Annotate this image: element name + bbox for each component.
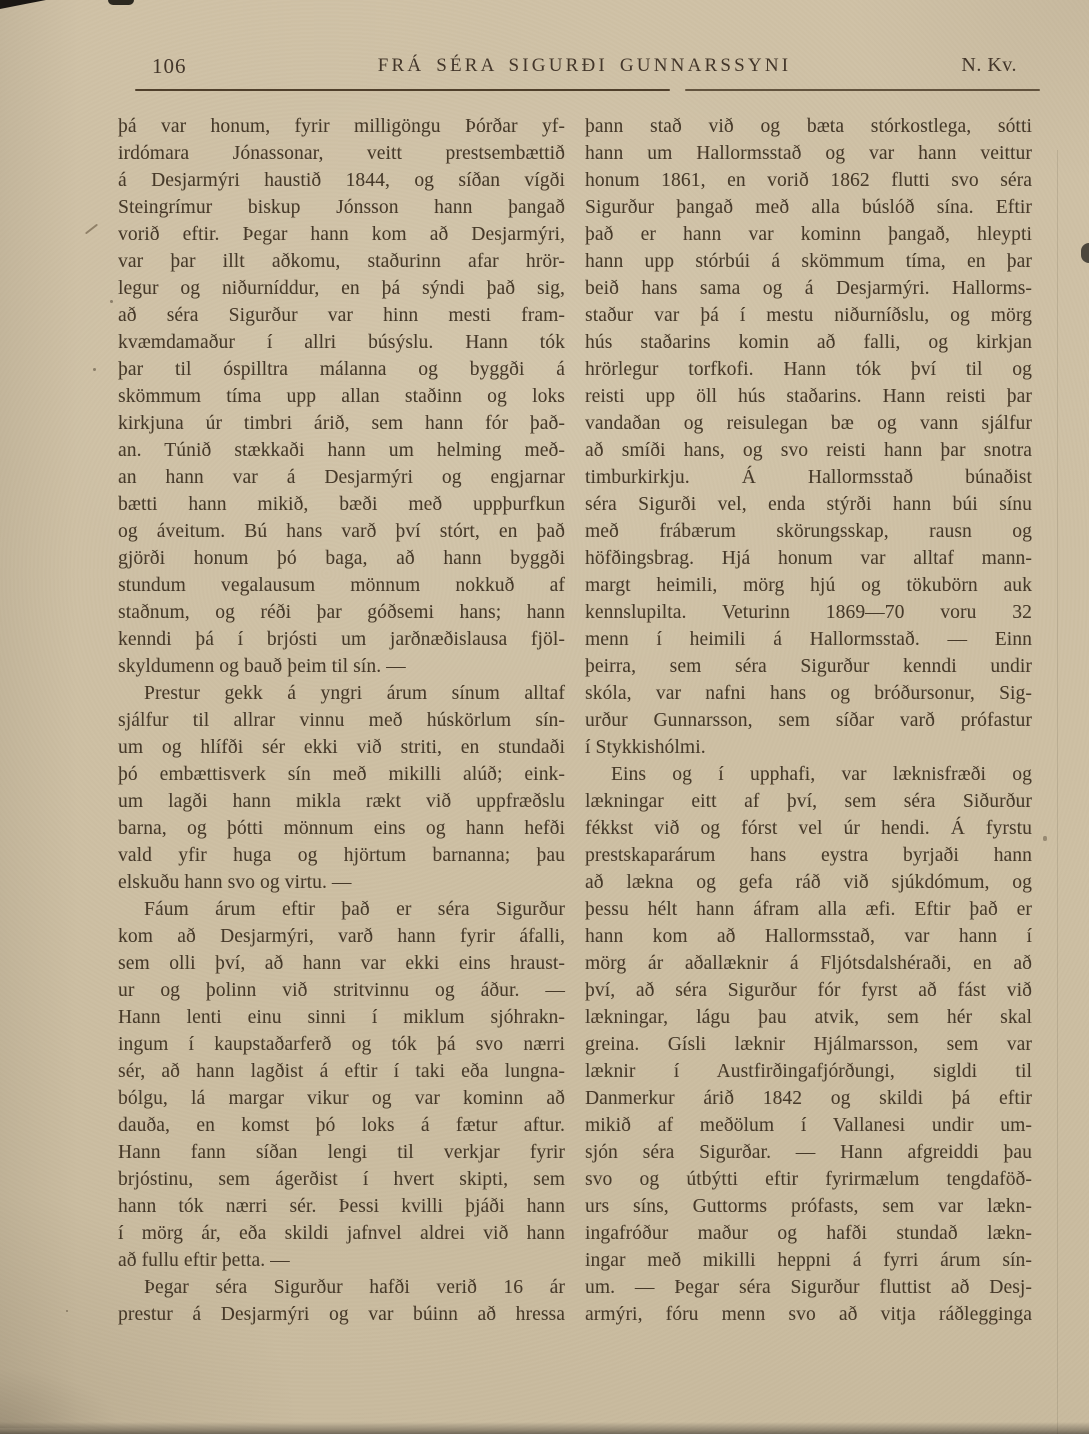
text-line: timburkirkju. Á Hallormsstað búnaðist xyxy=(585,464,1032,491)
text-line: þann stað við og bæta stórkostlega, sótt… xyxy=(585,113,1032,140)
text-line: Prestur gekk á yngri árum sínum alltaf xyxy=(118,680,565,707)
text-line: Steingrímur biskup Jónsson hann þangað xyxy=(118,194,565,221)
text-line: og áveitum. Bú hans varð því stórt, en þ… xyxy=(118,518,565,545)
text-line: skóla, var nafni hans og bróðursonur, Si… xyxy=(585,680,1032,707)
text-line: að smíði hans, og svo reisti hann þar sn… xyxy=(585,437,1032,464)
text-line: elskuðu hann svo og virtu. — xyxy=(118,869,565,896)
text-line: höfðingsbrag. Hjá honum var alltaf mann- xyxy=(585,545,1032,572)
text-line: ingar með mikilli heppni á fyrri árum sí… xyxy=(585,1247,1032,1274)
paper-speck xyxy=(66,1310,68,1312)
running-title: FRÁ SÉRA SIGURÐI GUNNARSSYNI xyxy=(80,55,1089,77)
text-line: í Stykkishólmi. xyxy=(585,734,1032,761)
text-line: það er hann var kominn þangað, hleypti xyxy=(585,221,1032,248)
text-line: skyldumenn og bauð þeim til sín. — xyxy=(118,653,565,680)
text-line: þá var honum, fyrir milligöngu Þórðar yf… xyxy=(118,113,565,140)
text-line: sjálfur til allrar vinnu með húskörlum s… xyxy=(118,707,565,734)
text-line: mikið af meðölum í Vallanesi undir um- xyxy=(585,1112,1032,1139)
text-line: Sigurður þangað með alla búslóð sína. Ef… xyxy=(585,194,1032,221)
text-line: þó embættisverk sín með mikilli alúð; ei… xyxy=(118,761,565,788)
text-line: að fullu eftir þetta. — xyxy=(118,1247,565,1274)
text-columns: þá var honum, fyrir milligöngu Þórðar yf… xyxy=(118,113,1032,1328)
text-line: að lækna og gefa ráð við sjúkdómum, og xyxy=(585,869,1032,896)
text-line: því, að séra Sigurður fór fyrst að fást … xyxy=(585,977,1032,1004)
header-abbreviation: N. Kv. xyxy=(961,54,1017,77)
text-line: á Desjarmýri haustið 1844, og síðan vígð… xyxy=(118,167,565,194)
text-line: læknir í Austfirðingafjórðungi, sigldi t… xyxy=(585,1058,1032,1085)
text-line: Þegar séra Sigurður hafði verið 16 ár xyxy=(118,1274,565,1301)
text-line: bólgu, lá margar vikur og var kominn að xyxy=(118,1085,565,1112)
text-line: kirkjuna úr timbri árið, sem hann fór þa… xyxy=(118,410,565,437)
text-line: skömmum tíma upp allan staðinn og loks xyxy=(118,383,565,410)
text-line: þessu hélt hann áfram alla æfi. Eftir þa… xyxy=(585,896,1032,923)
paper-speck xyxy=(1043,836,1047,841)
text-line: svo og útbýtti eftir fyrirmælum tengdafö… xyxy=(585,1166,1032,1193)
scan-edge-artifact-right xyxy=(1081,243,1089,263)
text-line: prestur á Desjarmýri og var búinn að hre… xyxy=(118,1301,565,1328)
text-line: menn í heimili á Hallormsstað. — Einn xyxy=(585,626,1032,653)
text-line: honum 1861, en vorið 1862 flutti svo sér… xyxy=(585,167,1032,194)
text-line: vald yfir huga og hjörtum barnanna; þau xyxy=(118,842,565,869)
text-line: vorið eftir. Þegar hann kom að Desjarmýr… xyxy=(118,221,565,248)
text-line: Fáum árum eftir það er séra Sigurður xyxy=(118,896,565,923)
text-line: Danmerkur árið 1842 og skildi þá eftir xyxy=(585,1085,1032,1112)
text-line: fékkst við og fórst vel úr hendi. Á fyrs… xyxy=(585,815,1032,842)
text-line: hann tók nærri sér. Þessi kvilli þjáði h… xyxy=(118,1193,565,1220)
text-line: hann um Hallormsstað og var hann veittur xyxy=(585,140,1032,167)
paper-speck xyxy=(110,300,113,303)
text-line: staðnum, og réði þar góðsemi hans; hann xyxy=(118,599,565,626)
page-crease xyxy=(1057,150,1058,1434)
text-line: Hann lenti einu sinni í miklum sjóhrakn- xyxy=(118,1004,565,1031)
text-line: barna, og þótti mönnum eins og hann hefð… xyxy=(118,815,565,842)
text-line: vandaðan og reisulegan bæ og vann sjálfu… xyxy=(585,410,1032,437)
text-line: var þar illt aðkomu, staðurinn afar hrör… xyxy=(118,248,565,275)
text-line: dauða, en komst þó loks á fætur aftur. xyxy=(118,1112,565,1139)
text-line: sem olli því, að hann var ekki eins hrau… xyxy=(118,950,565,977)
text-line: urs síns, Guttorms prófasts, sem var læk… xyxy=(585,1193,1032,1220)
text-line: reisti upp öll hús staðarins. Hann reist… xyxy=(585,383,1032,410)
text-line: ingafróður maður og hafði stundað lækn- xyxy=(585,1220,1032,1247)
right-column: þann stað við og bæta stórkostlega, sótt… xyxy=(585,113,1032,1328)
text-line: kenndi þá í brjósti um jarðnæðislausa fj… xyxy=(118,626,565,653)
text-line: hann kom að Hallormsstað, var hann í xyxy=(585,923,1032,950)
text-line: margt heimili, mörg hjú og tökubörn auk xyxy=(585,572,1032,599)
text-line: sér, að hann lagðist á eftir í taki eða … xyxy=(118,1058,565,1085)
text-line: þeirra, sem séra Sigurður kenndi undir xyxy=(585,653,1032,680)
text-line: ingum í kaupstaðarferð og tók þá svo nær… xyxy=(118,1031,565,1058)
text-line: greina. Gísli læknir Hjálmarsson, sem va… xyxy=(585,1031,1032,1058)
text-line: legur og niðurníddur, en þá sýndi það si… xyxy=(118,275,565,302)
text-line: lækningar, lágu þau atvik, sem hér skal xyxy=(585,1004,1032,1031)
scan-edge-shadow-bottom xyxy=(0,1422,1089,1434)
text-line: með frábærum skörungsskap, rausn og xyxy=(585,518,1032,545)
text-line: gjörði honum þó baga, að hann byggði xyxy=(118,545,565,572)
text-line: an. Túnið stækkaði hann um helming með- xyxy=(118,437,565,464)
text-line: beið hans sama og á Desjarmýri. Hallorms… xyxy=(585,275,1032,302)
text-line: hús staðarins komin að falli, og kirkjan xyxy=(585,329,1032,356)
text-line: urður Gunnarsson, sem síðar varð prófast… xyxy=(585,707,1032,734)
text-line: armýri, fóru menn svo að vitja ráðleggin… xyxy=(585,1301,1032,1328)
book-page-scan: 106 FRÁ SÉRA SIGURÐI GUNNARSSYNI N. Kv. … xyxy=(0,0,1089,1434)
text-line: staður var þá í mestu niðurníðslu, og mö… xyxy=(585,302,1032,329)
scan-blotch-bottom-left xyxy=(0,1368,120,1428)
text-line: í mörg ár, eða skildi jafnvel aldrei við… xyxy=(118,1220,565,1247)
text-line: Hann fann síðan lengi til verkjar fyrir xyxy=(118,1139,565,1166)
text-line: stundum vegalausum mönnum nokkuð af xyxy=(118,572,565,599)
text-line: lækningar eitt af því, sem séra Siðurður xyxy=(585,788,1032,815)
text-line: þar til óspilltra málanna og byggði á xyxy=(118,356,565,383)
text-line: kvæmdamaður í allri búsýslu. Hann tók xyxy=(118,329,565,356)
header-rule-left-segment xyxy=(135,89,670,91)
text-line: hrörlegur torfkofi. Hann tók því til og xyxy=(585,356,1032,383)
text-line: prestskaparárum hans eystra byrjaði hann xyxy=(585,842,1032,869)
text-line: um. — Þegar séra Sigurður fluttist að De… xyxy=(585,1274,1032,1301)
left-column: þá var honum, fyrir milligöngu Þórðar yf… xyxy=(118,113,565,1328)
text-line: kom að Desjarmýri, varð hann fyrir áfall… xyxy=(118,923,565,950)
header-rule xyxy=(0,89,1089,92)
text-line: að séra Sigurður var hinn mesti fram- xyxy=(118,302,565,329)
text-line: bætti hann mikið, bæði með uppþurfkun xyxy=(118,491,565,518)
text-line: um lagði hann mikla rækt við uppfræðslu xyxy=(118,788,565,815)
text-line: kennslupilta. Veturinn 1869—70 voru 32 xyxy=(585,599,1032,626)
text-line: um og hlífði sér ekki við striti, en stu… xyxy=(118,734,565,761)
text-line: séra Sigurði vel, enda stýrði hann búi s… xyxy=(585,491,1032,518)
text-line: ur og þolinn við stritvinnu og áður. — xyxy=(118,977,565,1004)
page-header: 106 FRÁ SÉRA SIGURÐI GUNNARSSYNI N. Kv. xyxy=(0,54,1089,80)
text-line: brjóstinu, sem ágerðist í hvert skipti, … xyxy=(118,1166,565,1193)
text-line: mörg ár aðallæknir á Fljótsdalshéraði, e… xyxy=(585,950,1032,977)
paper-scratch xyxy=(85,224,98,235)
text-line: irdómara Jónassonar, veitt prestsembætti… xyxy=(118,140,565,167)
scan-shading-left xyxy=(0,0,78,1434)
text-line: Eins og í upphafi, var læknisfræði og xyxy=(585,761,1032,788)
text-line: hann upp stórbúi á skömmum tíma, en þar xyxy=(585,248,1032,275)
header-rule-right-segment xyxy=(685,89,1040,91)
text-line: sjón séra Sigurðar. — Hann afgreiddi þau xyxy=(585,1139,1032,1166)
text-line: an hann var á Desjarmýri og engjarnar xyxy=(118,464,565,491)
scan-edge-artifact-top xyxy=(108,0,134,5)
scan-edge-artifact-top-left xyxy=(0,0,46,9)
paper-speck xyxy=(93,368,96,371)
